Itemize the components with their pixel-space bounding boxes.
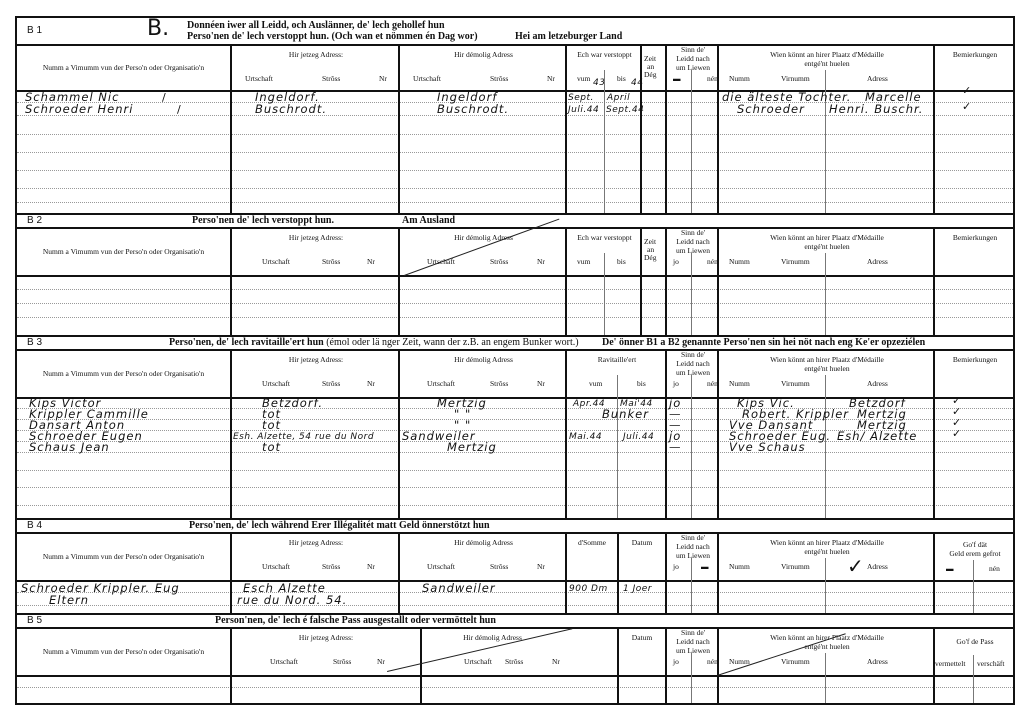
header-jo: jo xyxy=(673,657,679,666)
medal-address: Esh/ Alzette xyxy=(837,430,917,442)
header-medal: entgé'nt huelen xyxy=(719,642,935,651)
header-alive: um Liewen xyxy=(667,551,719,560)
section-title-text: Perso'nen, de' lech ravitaille'ert hun xyxy=(169,337,324,348)
section-b4: B 4 Perso'nen, de' lech während Erer Ill… xyxy=(17,520,1013,615)
person-name-2: Eltern xyxy=(49,594,89,606)
former-town: Sandweiler xyxy=(422,582,496,594)
header-adress: Adress xyxy=(867,657,888,666)
b5-rows xyxy=(17,675,1013,703)
header-current-address: Hir jetzeg Adress: xyxy=(232,233,400,242)
header-vermettelt: vermettelt xyxy=(935,659,965,668)
header-jo: jo xyxy=(673,562,679,571)
header-nr: Nr xyxy=(377,657,385,666)
section-code: B 1 xyxy=(27,25,42,36)
section-code: B 2 xyxy=(27,215,42,226)
header-vum: vum xyxy=(589,379,602,388)
header-ravitailled: Ravitaille'ert xyxy=(567,355,667,364)
header-urschaft: Urtschaft xyxy=(262,379,290,388)
b1-header: Numm a Vimumm vun der Perso'n oder Organ… xyxy=(17,44,1013,92)
intro-line-2: Perso'nen de' lech verstoppt hun. (Och w… xyxy=(187,31,478,42)
header-medal: Wien könnt an hirer Plaatz d'Médaille xyxy=(719,50,935,59)
section-b1: B 1 B. Donnéen iwer all Leidd, och Auslä… xyxy=(17,18,1013,215)
former-town: Mertzig xyxy=(447,441,497,453)
crossed-out-jo: ▬ xyxy=(946,564,954,573)
header-nen: nén xyxy=(989,564,1000,573)
header-stross: Strôss xyxy=(490,74,508,83)
header-stross: Strôss xyxy=(322,74,340,83)
header-alive: um Liewen xyxy=(667,63,719,72)
support-duration: 1 Joer xyxy=(623,583,652,595)
header-alive: um Liewen xyxy=(667,646,719,655)
header-zeit: Dég xyxy=(644,70,657,79)
current-town: Buschrodt. xyxy=(255,103,327,115)
header-virnumm: Virnumm xyxy=(781,379,810,388)
header-nr: Nr xyxy=(379,74,387,83)
medal-address: Henri. Buschr. xyxy=(829,103,923,115)
header-stross: Strôss xyxy=(490,379,508,388)
section-code: B 3 xyxy=(27,337,42,348)
section-title: Person'nen, de' lech é falsche Pass ausg… xyxy=(215,615,496,626)
check-mark: ✓ xyxy=(952,427,961,440)
header-pass: Go'f de Pass xyxy=(935,637,1015,646)
header-alive: Leidd nach xyxy=(667,542,719,551)
header-money-back: Go'f dät xyxy=(935,540,1015,549)
header-name: Numm a Vimumm vun der Perso'n oder Organ… xyxy=(17,647,230,656)
header-vum: vum xyxy=(577,74,590,83)
header-nr: Nr xyxy=(367,379,375,388)
header-medal: entgé'nt huelen xyxy=(719,242,935,251)
header-nr: Nr xyxy=(537,257,545,266)
header-stross: Strôss xyxy=(333,657,351,666)
header-bis: bis xyxy=(617,257,626,266)
header-former-address: Hir démolig Adress xyxy=(400,355,567,364)
current-street: rue du Nord. 54. xyxy=(237,594,347,606)
b4-header: Numm a Vimumm vun der Perso'n oder Organ… xyxy=(17,532,1013,582)
b1-title-bar: B 1 B. Donnéen iwer all Leidd, och Auslä… xyxy=(17,18,1013,46)
alive-mark: — xyxy=(669,441,682,453)
crossed-out-jo: ▬ xyxy=(673,74,681,83)
section-code: B 4 xyxy=(27,520,42,531)
header-name: Numm a Vimumm vun der Perso'n oder Organ… xyxy=(17,369,230,378)
header-alive: Leidd nach xyxy=(667,54,719,63)
person-name: Schroeder Henri xyxy=(25,103,133,115)
header-jo: jo xyxy=(673,379,679,388)
header-name: Numm a Vimumm vun der Perso'n oder Organ… xyxy=(17,63,230,72)
section-b2: B 2 Perso'nen de' lech verstoppt hun. Am… xyxy=(17,215,1013,337)
header-stross: Strôss xyxy=(322,257,340,266)
header-nr: Nr xyxy=(537,562,545,571)
header-date: Datum xyxy=(617,633,667,642)
header-vum: vum xyxy=(577,257,590,266)
section-title: Perso'nen, de' lech ravitaille'ert hun (… xyxy=(169,337,579,348)
b5-header: Numm a Vimumm vun der Perso'n oder Organ… xyxy=(17,627,1013,677)
header-numm: Numm xyxy=(729,379,750,388)
header-hidden: Ech war verstoppt xyxy=(567,233,642,242)
section-title: Perso'nen de' lech verstoppt hun. xyxy=(192,215,334,226)
header-urschaft: Urtschaft xyxy=(262,257,290,266)
former-town: Buschrodt. xyxy=(437,103,509,115)
tick-mark: / xyxy=(177,103,181,116)
header-stross: Strôss xyxy=(490,257,508,266)
form-sheet: B 1 B. Donnéen iwer all Leidd, och Auslä… xyxy=(15,16,1015,705)
header-alive: um Liewen xyxy=(667,246,719,255)
header-numm: Numm xyxy=(729,562,750,571)
header-stross: Strôss xyxy=(322,379,340,388)
header-medal: Wien könnt an hirer Plaatz d'Médaille xyxy=(719,633,935,642)
section-title-right: Am Ausland xyxy=(402,215,455,226)
header-name: Numm a Vimumm vun der Perso'n oder Organ… xyxy=(17,247,230,256)
header-urschaft: Urtschaft xyxy=(464,657,492,666)
hidden-until: April xyxy=(607,92,630,104)
header-money-back: Geld erem gefrot xyxy=(935,549,1015,558)
supplied-note: Bunker xyxy=(602,408,649,420)
header-adress: Adress xyxy=(867,257,888,266)
section-title-paren: (émol oder lä nger Zeit, wann der z.B. a… xyxy=(326,337,578,348)
header-current-address: Hir jetzeg Adress: xyxy=(232,50,400,59)
supplied-from: Mai.44 xyxy=(569,431,602,443)
header-urschaft: Urtschaft xyxy=(270,657,298,666)
header-medal: entgé'nt huelen xyxy=(719,364,935,373)
header-urschaft: Urtschaft xyxy=(427,379,455,388)
current-town: tot xyxy=(262,441,281,453)
header-medal: Wien könnt an hirer Plaatz d'Médaille xyxy=(719,355,935,364)
supplied-until: Juli.44 xyxy=(623,431,654,443)
header-former-address: Hir démolig Adress xyxy=(400,538,567,547)
header-medal: entgé'nt huelen xyxy=(719,547,935,556)
header-alive: Leidd nach xyxy=(667,359,719,368)
header-bis: bis xyxy=(617,74,626,83)
header-hidden: Ech war verstoppt xyxy=(567,50,642,59)
medal-name: Vve Schaus xyxy=(729,441,806,453)
check-mark: ✓ xyxy=(962,84,971,97)
header-current-address: Hir jetzeg Adress: xyxy=(232,355,400,364)
header-current-address: Hir jetzeg Adress: xyxy=(232,538,400,547)
header-virnumm: Virnumm xyxy=(781,74,810,83)
b2-rows xyxy=(17,275,1013,335)
sum-amount: 900 Dm xyxy=(569,583,608,595)
intro-line-1: Donnéen iwer all Leidd, och Auslänner, d… xyxy=(187,20,445,31)
header-remarks: Bemierkungen xyxy=(935,355,1015,364)
header-nr: Nr xyxy=(367,257,375,266)
header-virnumm: Virnumm xyxy=(781,562,810,571)
section-code: B 5 xyxy=(27,615,42,626)
header-nr: Nr xyxy=(552,657,560,666)
intro-line-2-text: Perso'nen de' lech verstoppt hun. (Och w… xyxy=(187,31,478,42)
header-adress: Adress xyxy=(867,379,888,388)
supplied-from: Apr.44 xyxy=(573,398,605,410)
hidden-from: Sept. xyxy=(568,92,594,104)
header-remarks: Bemierkungen xyxy=(935,233,1015,242)
medal-name: Schroeder xyxy=(737,103,805,115)
section-title: Perso'nen, de' lech während Erer Illégal… xyxy=(189,520,490,531)
header-bis: bis xyxy=(637,379,646,388)
header-zeit: Dég xyxy=(644,253,657,262)
b1-rows: Schammel Nic / Ingeldorf. Ingeldorf Sept… xyxy=(17,90,1013,213)
header-date: Datum xyxy=(617,538,667,547)
header-stross: Strôss xyxy=(322,562,340,571)
header-urschaft: Urtschaft xyxy=(245,74,273,83)
header-alive: Sinn de' xyxy=(667,628,719,637)
header-medal: Wien könnt an hirer Plaatz d'Médaille xyxy=(719,538,935,547)
person-name: Schroeder Krippler. Eug xyxy=(21,582,180,594)
b3-rows: Kips Victor Betzdorf. Mertzig Apr.44 Mai… xyxy=(17,397,1013,518)
header-stross: Strôss xyxy=(505,657,523,666)
section-b5: B 5 Person'nen, de' lech é falsche Pass … xyxy=(17,615,1013,703)
b3-header: Numm a Vimumm vun der Perso'n oder Organ… xyxy=(17,349,1013,399)
header-remarks: Bemierkungen xyxy=(935,50,1015,59)
check-mark: ✓ xyxy=(847,554,864,578)
intro-line-2-right: Hei am letzeburger Land xyxy=(515,31,622,42)
header-urschaft: Urtschaft xyxy=(413,74,441,83)
check-mark: ✓ xyxy=(962,100,971,113)
header-name: Numm a Vimumm vun der Perso'n oder Organ… xyxy=(17,552,230,561)
header-alive: Sinn de' xyxy=(667,45,719,54)
section-title-right: De' önner B1 a B2 genannte Perso'nen sin… xyxy=(602,337,925,348)
header-jo: jo xyxy=(673,257,679,266)
header-virnumm: Virnumm xyxy=(781,257,810,266)
header-numm: Numm xyxy=(729,74,750,83)
header-alive: Sinn de' xyxy=(667,533,719,542)
header-medal: Wien könnt an hirer Plaatz d'Médaille xyxy=(719,233,935,242)
header-alive: um Liewen xyxy=(667,368,719,377)
person-name: Schaus Jean xyxy=(29,441,110,453)
header-alive: Leidd nach xyxy=(667,637,719,646)
hidden-from: Juli.44 xyxy=(568,104,599,116)
header-adress: Adress xyxy=(867,562,888,571)
header-numm: Numm xyxy=(729,257,750,266)
header-former-address: Hir démolig Adress xyxy=(400,233,567,242)
hidden-until: Sept.44 xyxy=(606,104,644,116)
header-current-address: Hir jetzeg Adress: xyxy=(232,633,420,642)
header-virnumm: Virnumm xyxy=(781,657,810,666)
header-medal: entgé'nt huelen xyxy=(719,59,935,68)
header-urschaft: Urtschaft xyxy=(262,562,290,571)
header-alive: Sinn de' xyxy=(667,228,719,237)
header-nr: Nr xyxy=(537,379,545,388)
header-sum: d'Somme xyxy=(567,538,617,547)
crossed-out-nen: ▬ xyxy=(701,562,709,571)
header-alive: Sinn de' xyxy=(667,350,719,359)
header-nr: Nr xyxy=(547,74,555,83)
header-adress: Adress xyxy=(867,74,888,83)
b4-rows: Schroeder Krippler. Eug Eltern Esch Alze… xyxy=(17,580,1013,613)
current-town: Esh. Alzette, 54 rue du Nord xyxy=(233,431,374,443)
header-verschaft: verschäft xyxy=(977,659,1004,668)
form-letter: B. xyxy=(147,16,169,41)
tick-mark: / xyxy=(162,91,166,104)
header-urschaft: Urtschaft xyxy=(427,562,455,571)
header-alive: Leidd nach xyxy=(667,237,719,246)
header-former-address: Hir démolig Adress xyxy=(400,50,567,59)
header-nr: Nr xyxy=(367,562,375,571)
section-b3: B 3 Perso'nen, de' lech ravitaille'ert h… xyxy=(17,337,1013,520)
header-stross: Strôss xyxy=(490,562,508,571)
current-town: tot xyxy=(262,419,281,431)
